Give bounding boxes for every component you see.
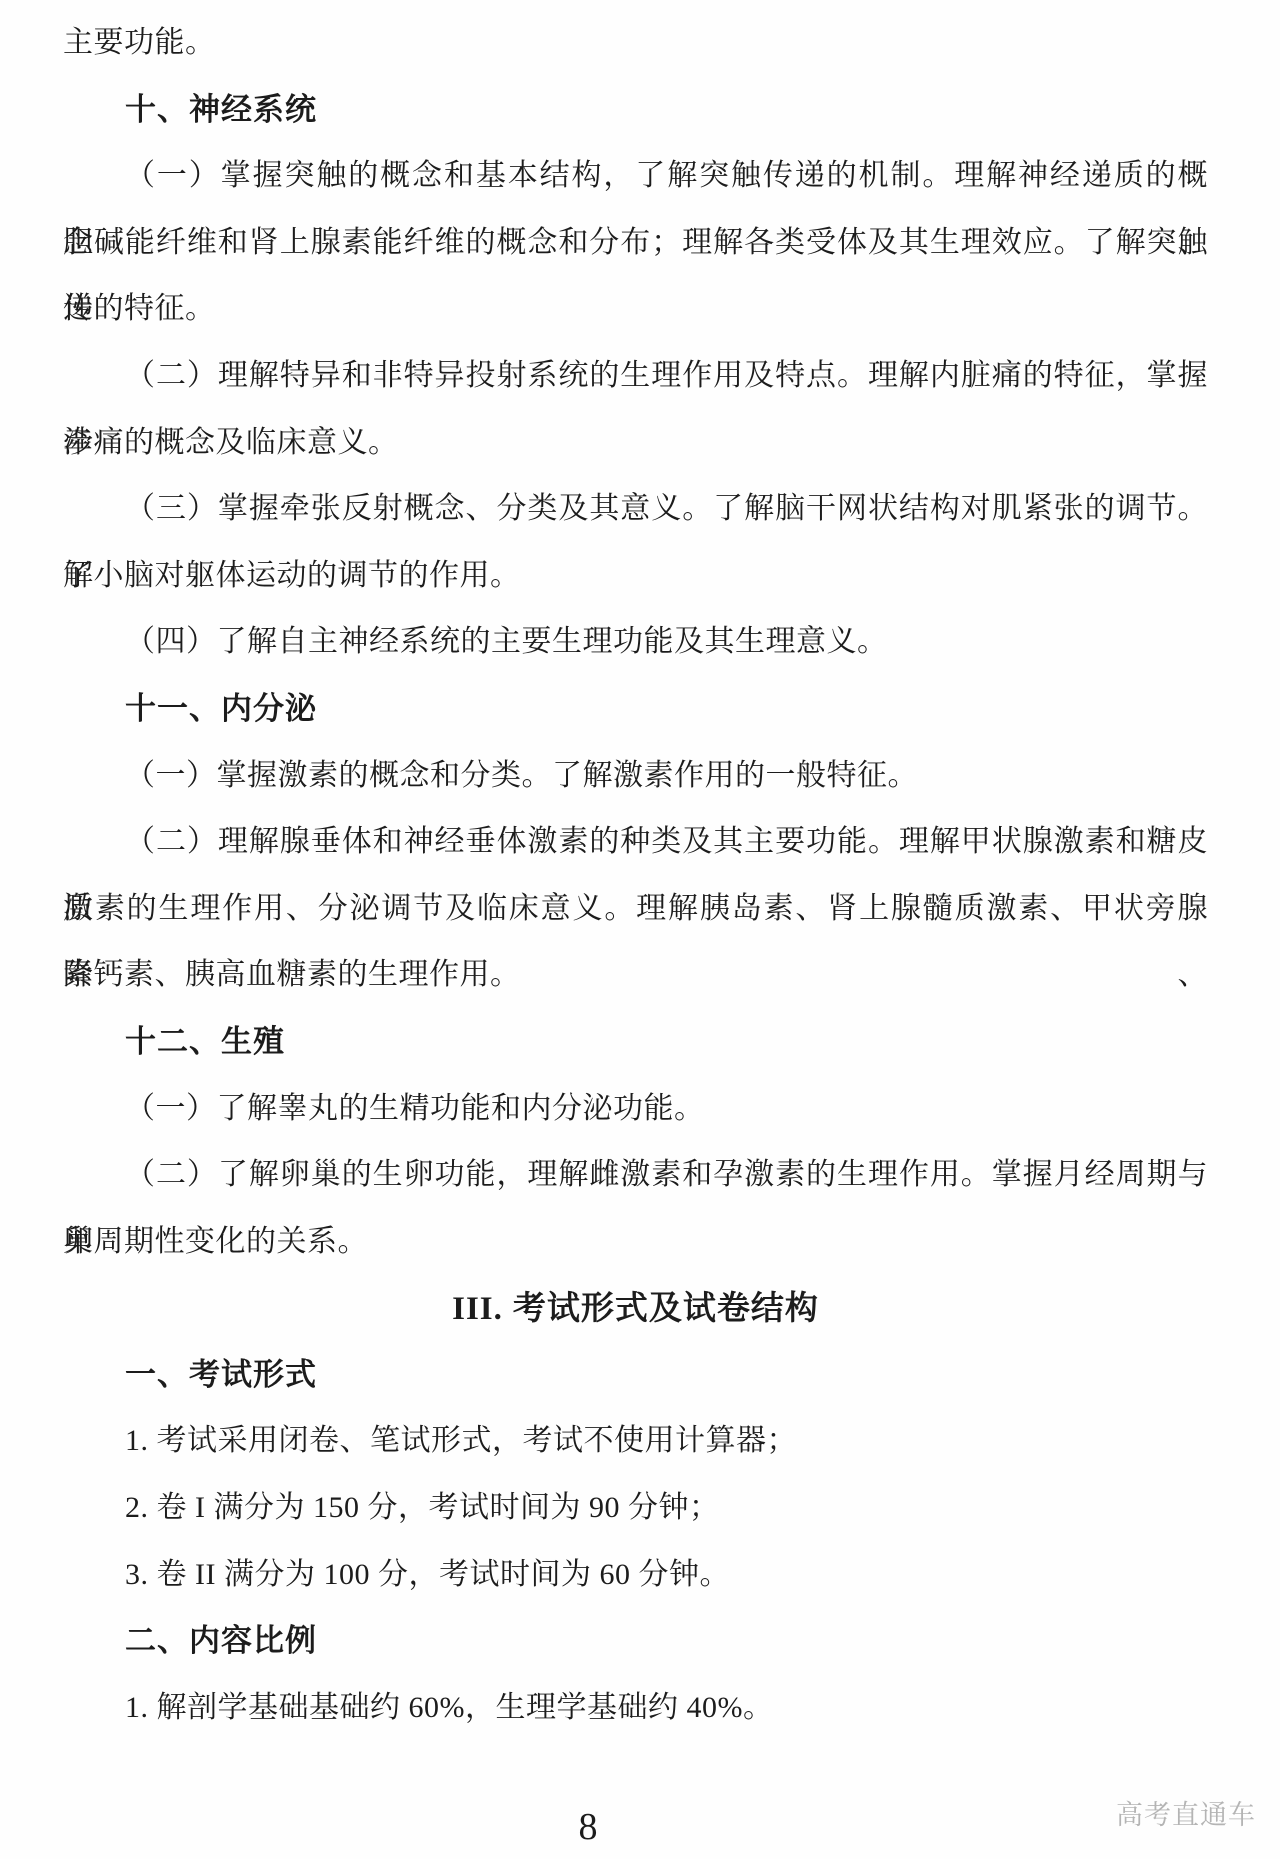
text-line: （四）了解自主神经系统的主要生理功能及其生理意义。 (63, 609, 1208, 676)
list-item: 3. 卷 II 满分为 100 分，考试时间为 60 分钟。 (63, 1542, 1208, 1609)
text-line: （二）理解特异和非特异投射系统的生理作用及特点。理解内脏痛的特征，掌握牵 (63, 343, 1208, 410)
text-line: （三）掌握牵张反射概念、分类及其意义。了解脑干网状结构对肌紧张的调节。了 (63, 476, 1208, 543)
page-number: 8 (0, 1802, 1176, 1852)
text-line: （二）理解腺垂体和神经垂体激素的种类及其主要功能。理解甲状腺激素和糖皮质 (63, 809, 1208, 876)
text-line: （二）了解卵巢的生卵功能，理解雌激素和孕激素的生理作用。掌握月经周期与卵 (63, 1142, 1208, 1209)
paragraph-continuation: 主要功能。 (63, 10, 1208, 77)
list-item: 1. 考试采用闭卷、笔试形式，考试不使用计算器； (63, 1408, 1208, 1475)
text-line: 递的特征。 (63, 276, 1208, 343)
text-line: 涉痛的概念及临床意义。 (63, 410, 1208, 477)
text-line: 胆碱能纤维和肾上腺素能纤维的概念和分布；理解各类受体及其生理效应。了解突触传 (63, 210, 1208, 277)
text-line: （一）掌握激素的概念和分类。了解激素作用的一般特征。 (63, 743, 1208, 810)
text-line: 解小脑对躯体运动的调节的作用。 (63, 543, 1208, 610)
part-title-numeral: III. (452, 1291, 503, 1327)
section-heading-content-ratio: 二、内容比例 (63, 1608, 1208, 1675)
part-title-exam-format: III.考试形式及试卷结构 (63, 1275, 1208, 1342)
list-item: 1. 解剖学基础基础约 60%，生理学基础约 40%。 (63, 1675, 1208, 1742)
section-heading-endocrine: 十一、内分泌 (63, 676, 1208, 743)
document-page: 主要功能。 十、神经系统 （一）掌握突触的概念和基本结构，了解突触传递的机制。理… (0, 0, 1280, 1859)
text-line: （一）了解睾丸的生精功能和内分泌功能。 (63, 1076, 1208, 1143)
part-title-text: 考试形式及试卷结构 (513, 1289, 819, 1326)
section-heading-exam-form: 一、考试形式 (63, 1342, 1208, 1409)
text-line: 巢周期性变化的关系。 (63, 1209, 1208, 1276)
text-line: 激素的生理作用、分泌调节及临床意义。理解胰岛素、肾上腺髓质激素、甲状旁腺素、 (63, 876, 1208, 943)
document-body: 主要功能。 十、神经系统 （一）掌握突触的概念和基本结构，了解突触传递的机制。理… (63, 10, 1208, 1741)
text-line: （一）掌握突触的概念和基本结构，了解突触传递的机制。理解神经递质的概念、 (63, 143, 1208, 210)
section-heading-nervous-system: 十、神经系统 (63, 77, 1208, 144)
section-heading-reproduction: 十二、生殖 (63, 1009, 1208, 1076)
list-item: 2. 卷 I 满分为 150 分，考试时间为 90 分钟； (63, 1475, 1208, 1542)
watermark-gaokao-zhitongche: 高考直通车 (1116, 1798, 1256, 1832)
